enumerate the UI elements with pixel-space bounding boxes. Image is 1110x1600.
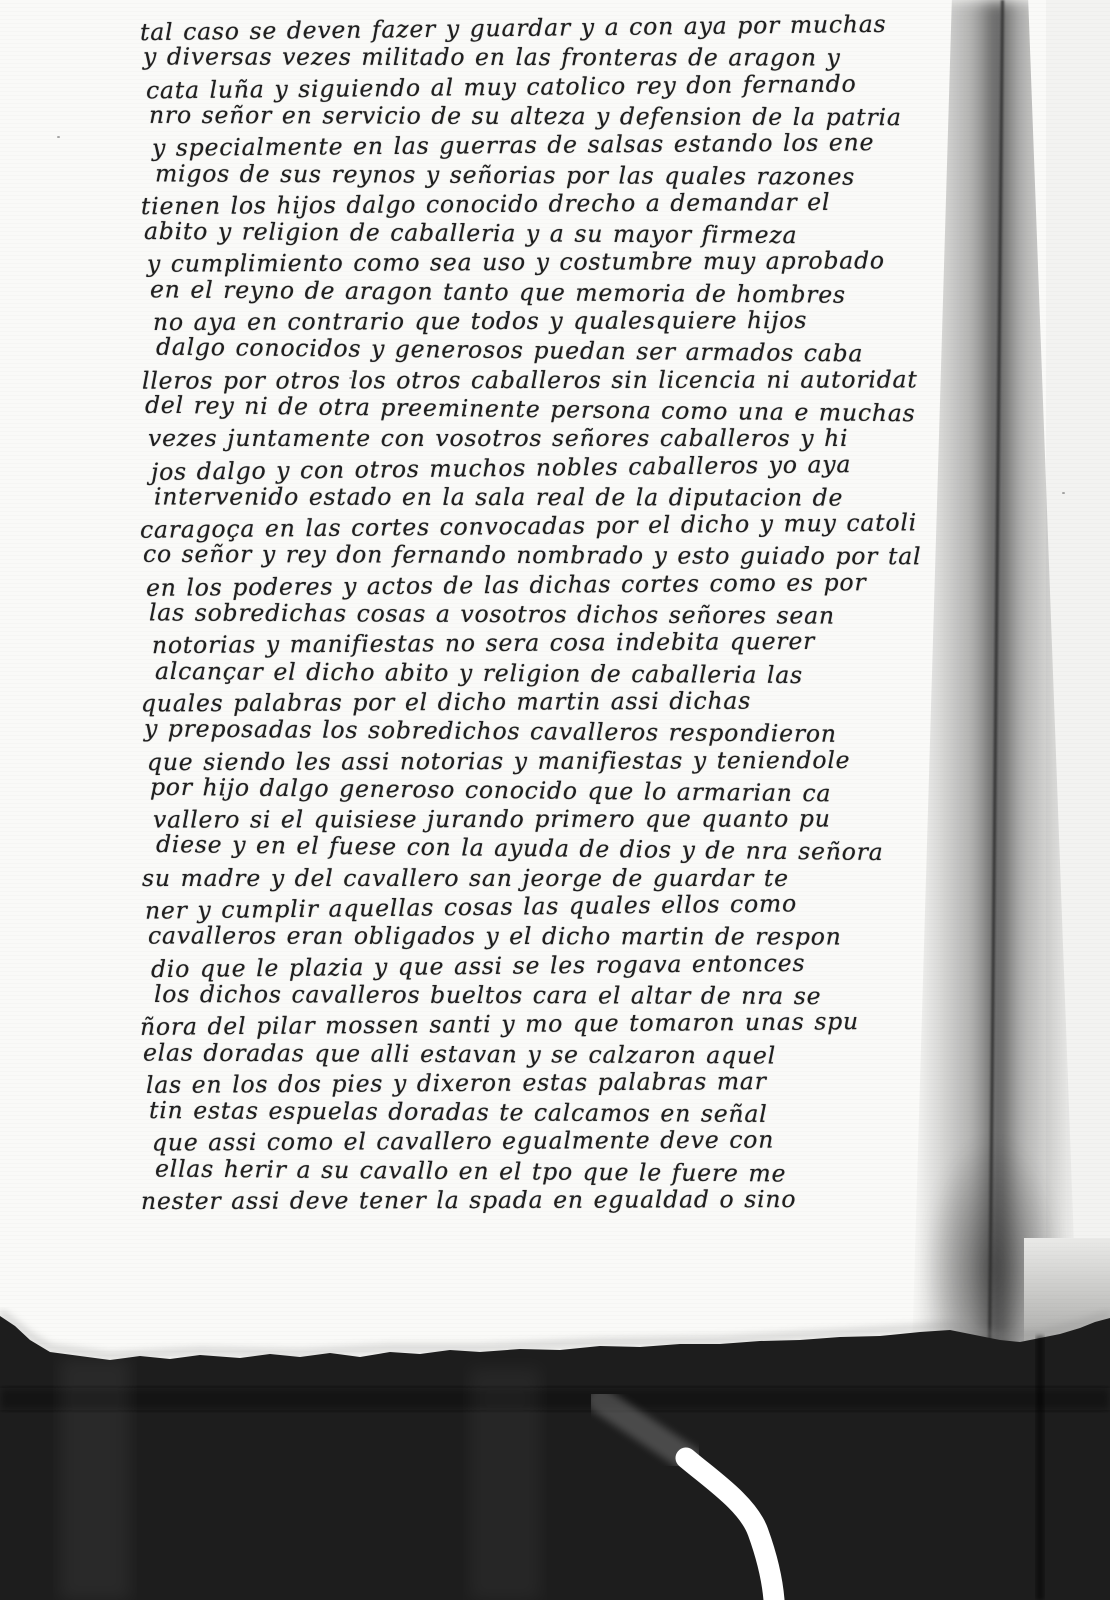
manuscript-line: y cumplimiento como sea uso y costumbre … [147, 247, 885, 279]
fabric-streak [60, 1358, 130, 1600]
manuscript-line: los dichos cavalleros bueltos cara el al… [154, 980, 821, 1011]
dust-speck [1062, 492, 1065, 494]
manuscript-line: ñora del pilar mossen santi y mo que tom… [140, 1007, 859, 1042]
manuscript-line: intervenido estado en la sala real de la… [154, 482, 843, 512]
manuscript-line: dalgo conocidos y generosos puedan ser a… [156, 333, 864, 369]
manuscript-line: por hijo dalgo generoso conocido que lo … [150, 773, 831, 809]
manuscript-line: tienen los hijos dalgo conocido drecho a… [141, 188, 830, 221]
manuscript-line: lleros por otros los otros caballeros si… [142, 365, 918, 395]
scanner-bed-shape [0, 1316, 1110, 1600]
manuscript-line: no aya en contrario que todos y qualesqu… [153, 306, 807, 337]
manuscript-line: su madre y del cavallero san jeorge de g… [142, 864, 789, 893]
manuscript-line: cata luña y siguiendo al muy catolico re… [146, 69, 857, 105]
manuscript-line: del rey ni de otra preeminente persona c… [145, 391, 916, 429]
manuscript-line: que siendo les assi notorias y manifiest… [147, 745, 850, 776]
manuscript-line: dio que le plazia y que assi se les roga… [151, 948, 806, 983]
manuscript-line: nester assi deve tener la spada en egual… [141, 1185, 796, 1216]
manuscript-line: diese y en el fuese con la ayuda de dios… [156, 830, 884, 867]
manuscript-line: las sobredichas cosas a vosotros dichos … [149, 598, 835, 630]
manuscript-scan: tal caso se deven fazer y guardar y a co… [0, 0, 1110, 1600]
dust-speck [349, 377, 352, 379]
manuscript-line: notorias y manifiestas no sera cosa inde… [152, 627, 815, 660]
dust-speck [57, 136, 60, 138]
manuscript-line: tin estas espuelas doradas te calcamos e… [149, 1096, 768, 1129]
fabric-streak [470, 1368, 540, 1600]
manuscript-line: y specialmente en las guerras de salsas … [152, 128, 874, 163]
manuscript-line: ellas herir a su cavallo en el tpo que l… [155, 1154, 786, 1188]
manuscript-line: cavalleros eran obligados y el dicho mar… [148, 922, 842, 952]
manuscript-line: y preposadas los sobredichos cavalleros … [144, 714, 837, 748]
manuscript-line: tal caso se deven fazer y guardar y a co… [140, 10, 887, 47]
manuscript-line: ner y cumplir aquellas cosas las quales … [145, 889, 797, 925]
manuscript-line: y diversas vezes militado en las fronter… [143, 43, 841, 73]
manuscript-line: jos dalgo y con otros muchos nobles caba… [151, 450, 851, 487]
manuscript-line: co señor y rey don fernando nombrado y e… [143, 540, 921, 571]
manuscript-line: abito y religion de caballeria y a su ma… [144, 217, 797, 250]
manuscript-line: en los poderes y actos de las dichas cor… [146, 568, 867, 603]
manuscript-line: vezes juntamente con vosotros señores ca… [148, 424, 848, 453]
manuscript-line: migos de sus reynos y señorias por las q… [155, 159, 855, 191]
scanner-bed-area [0, 1288, 1110, 1600]
manuscript-line: elas doradas que alli estavan y se calza… [143, 1038, 776, 1070]
binding-seam-dark [1036, 1336, 1044, 1600]
manuscript-line: que assi como el cavallero egualmente de… [152, 1126, 774, 1158]
manuscript-line: quales palabras por el dicho martin assi… [141, 686, 751, 718]
manuscript-line: las en los dos pies y dixeron estas pala… [146, 1067, 767, 1100]
manuscript-line: en el reyno de aragon tanto que memoria … [150, 275, 846, 309]
manuscript-line: alcançar el dicho abito y religion de ca… [155, 657, 803, 690]
fold-stripe [0, 1388, 1110, 1410]
manuscript-line: nro señor en servicio de su alteza y def… [149, 101, 902, 132]
